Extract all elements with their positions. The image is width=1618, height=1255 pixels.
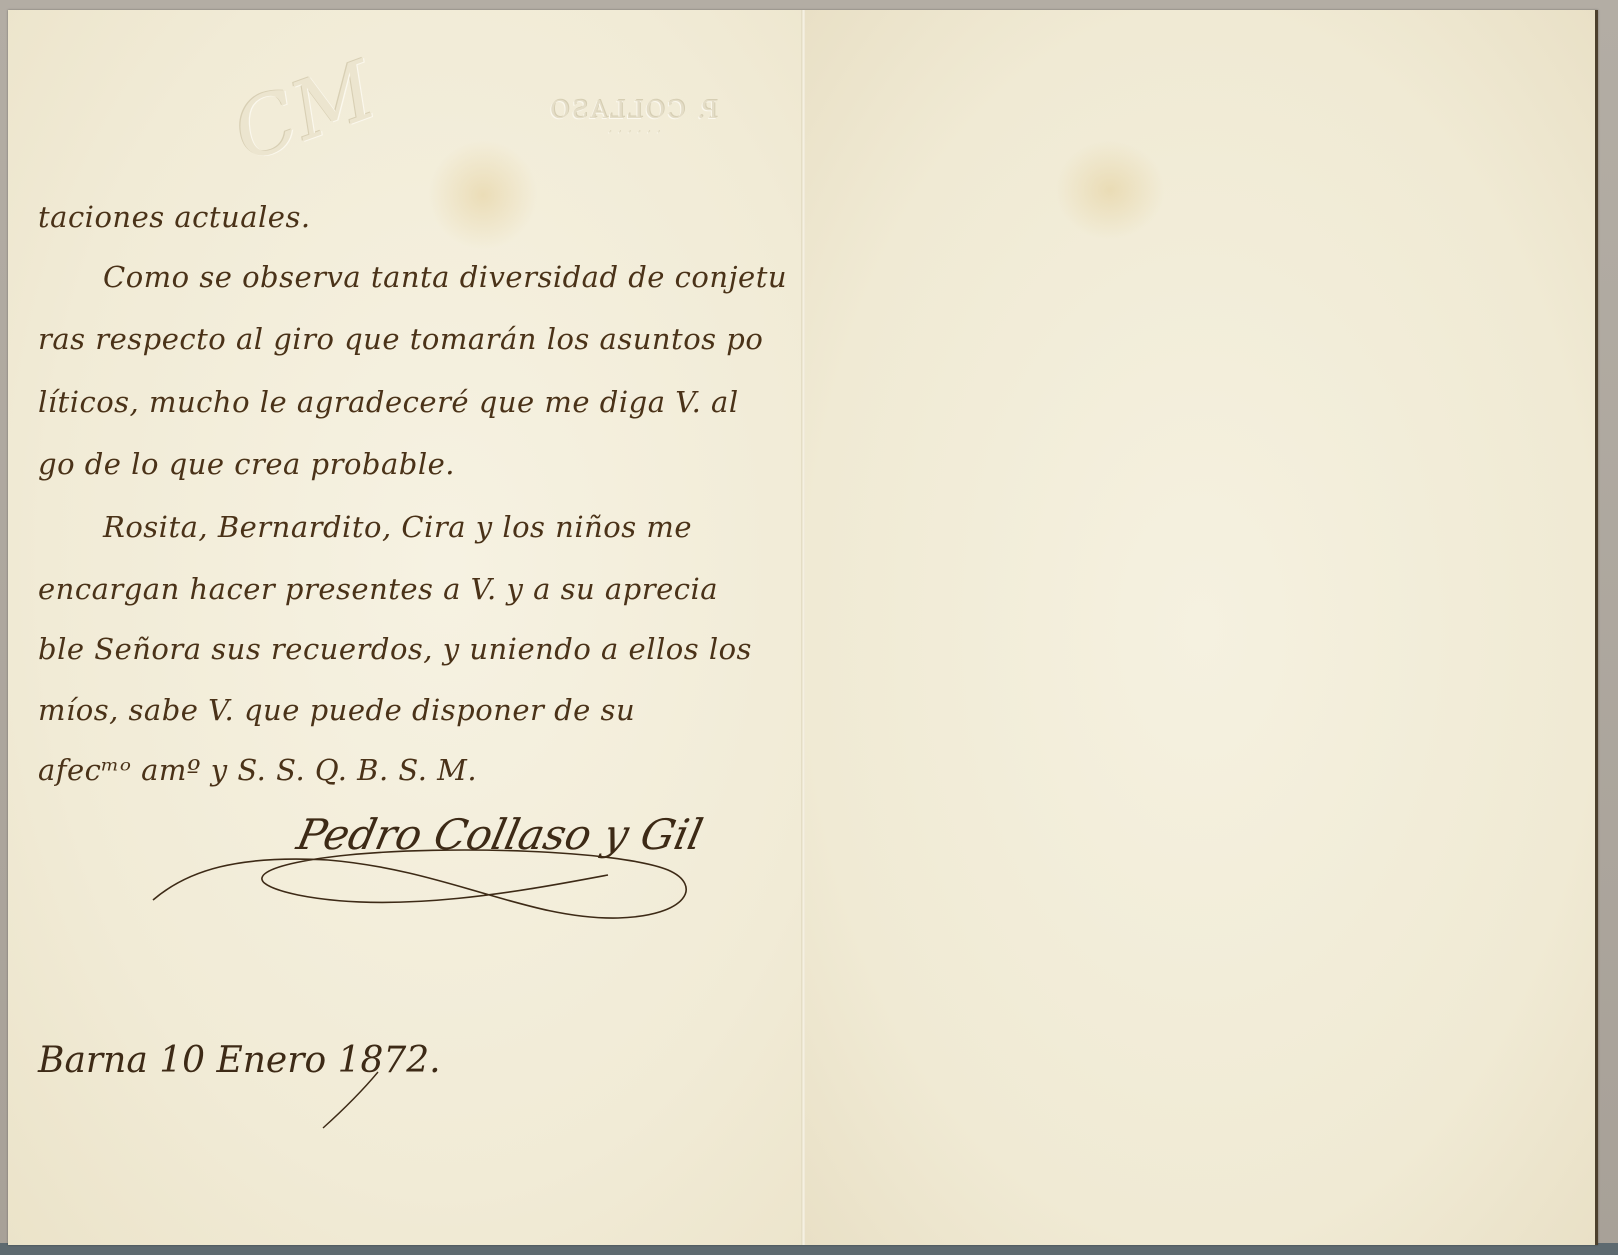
letter-line: líticos, mucho le agradeceré que me diga… — [38, 385, 739, 419]
signature-flourish — [148, 830, 708, 940]
paper-stain — [1055, 140, 1165, 240]
letter-line: Rosita, Bernardito, Cira y los niños me — [103, 510, 692, 544]
letter-line: taciones actuales. — [38, 200, 311, 234]
date-flourish — [318, 1070, 398, 1130]
letterhead-subline: · · · · · · — [548, 128, 718, 138]
paper-stain — [428, 140, 538, 250]
letter-line: Como se observa tanta diversidad de conj… — [103, 260, 787, 294]
letter-line: afecᵐᵒ amº y S. S. Q. B. S. M. — [38, 753, 477, 787]
letterhead-name: P. COLLASO — [548, 96, 718, 124]
sheet-edge — [1595, 10, 1598, 1245]
letter-line: ras respecto al giro que tomarán los asu… — [38, 322, 763, 356]
left-page: CM P. COLLASO · · · · · · taciones actua… — [8, 10, 803, 1245]
letter-line: ble Señora sus recuerdos, y uniendo a el… — [38, 632, 752, 666]
letter-line: míos, sabe V. que puede disponer de su — [38, 693, 635, 727]
embossed-monogram: CM — [221, 43, 387, 179]
embossed-letterhead: P. COLLASO · · · · · · — [548, 96, 718, 138]
letter-sheet: CM P. COLLASO · · · · · · taciones actua… — [8, 10, 1598, 1245]
letter-line: go de lo que crea probable. — [38, 447, 455, 481]
right-page-blank — [805, 10, 1598, 1245]
letter-line: encargan hacer presentes a V. y a su apr… — [38, 572, 718, 606]
